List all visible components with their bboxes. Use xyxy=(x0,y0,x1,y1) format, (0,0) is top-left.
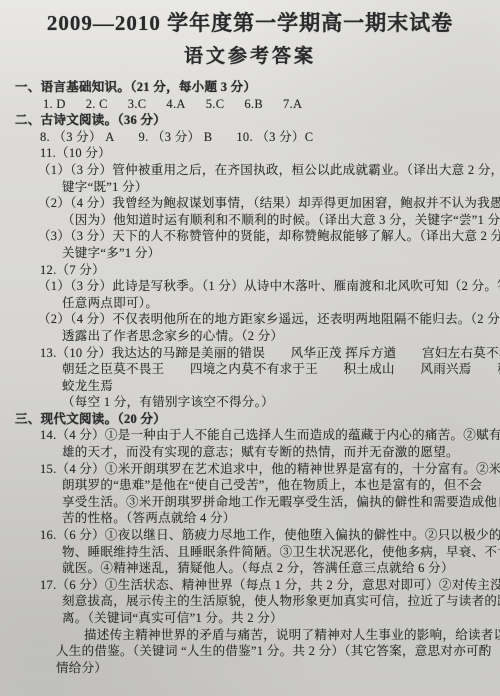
doc-line-q13-note: （每空 1 分，有错别字该空不得分。） xyxy=(62,394,500,411)
answer-q4: 4.A xyxy=(166,96,185,113)
answer-q9: 9. （3 分） B xyxy=(139,129,213,146)
doc-line-q11-2-cont: （因为）他知道时运有顺利和不顺利的时候。（译出大意 3 分，关键字“尝”1 分） xyxy=(62,212,500,229)
doc-line-q17-cont2: 离。（关键词“真实可信”1 分。共 2 分） xyxy=(62,610,500,627)
doc-line-q15: 15.（4 分）①米开朗琪罗在艺术追求中，他的精神世界是富有的，十分富有。②米开 xyxy=(40,461,500,478)
answer-q2: 2. C xyxy=(86,96,108,113)
doc-line-q12-2-cont: 透露出了作者思念家乡的心情。（2 分） xyxy=(62,328,500,345)
section3-heading: 三、现代文阅读。（20 分） xyxy=(15,411,500,428)
answer-key-title: 语文参考答案 xyxy=(0,42,500,72)
answer-q3: 3.C xyxy=(128,96,147,113)
doc-line-q11-1-cont: 键字“既”1 分） xyxy=(62,179,500,196)
answer-q8: 8. （3 分） A xyxy=(40,129,115,146)
answer-q6: 6.B xyxy=(244,96,263,113)
doc-line-q12-2: （2）（4 分）不仅表明他所在的地方距家乡遥远，还表明两地阻隔不能归去。（2 分… xyxy=(38,311,500,328)
doc-line-q17-cont1: 刻意拔高，展示传主的生活原貌，使人物形象更加真实可信，拉近了与读者的距 xyxy=(62,593,500,610)
doc-line-q12-1-cont: 任意两点即可）。 xyxy=(62,295,500,312)
doc-line-q11-2: （2）（4 分）我曾经为鲍叔谋划事情，（结果）却弄得更加困窘，鲍叔并不认为我愚笨… xyxy=(38,195,500,212)
doc-line-q17-para-cont2: 情给分） xyxy=(56,660,500,677)
doc-line-q12: 12.（7 分） xyxy=(40,262,500,279)
doc-line-q13-cont1: 朝廷之臣莫不畏王 四境之内莫不有求于王 积土成山 风雨兴焉 积水成渊 xyxy=(62,361,500,378)
doc-line-q11-1: （1）（3 分）管仲被重用之后，在齐国执政，桓公以此成就霸业。（译出大意 2 分… xyxy=(38,162,500,179)
answer-q5: 5.C xyxy=(206,96,225,113)
doc-line-q13: 13.（10 分）我达达的马蹄是美丽的错误 风华正茂 挥斥方遒 宫妇左右莫不私王 xyxy=(40,345,500,362)
doc-line-q17-para-cont1: 人生的借鉴。（关键词 “人生的借鉴”1 分。共 2 分）（其它答案，意思对亦可酌 xyxy=(56,643,500,660)
answer-q10: 10. （3 分）C xyxy=(236,129,313,146)
doc-line-q14-cont: 雄的天才，而没有实现的意志；赋有专断的热情，而并无奋激的愿望。 xyxy=(62,444,500,461)
section2-mc-answer-row: 8. （3 分） A 9. （3 分） B 10. （3 分）C xyxy=(40,129,500,146)
doc-line-q13-cont2: 蛟龙生焉 xyxy=(62,378,500,395)
section1-answer-row: 1. D 2. C 3.C 4.A 5.C 6.B 7.A xyxy=(43,96,500,113)
scanned-answer-sheet: 2009—2010 学年度第一学期高一期末试卷 语文参考答案 一、语言基础知识。… xyxy=(0,0,500,696)
section1-heading: 一、语言基础知识。（21 分，每小题 3 分） xyxy=(15,79,500,96)
doc-line-q16-cont1: 物、睡眠维持生活、且睡眠条件简陋。③卫生状况恶化，使他多病，早衰、不肯 xyxy=(62,544,500,561)
doc-line-q11-3-cont: 关键字“多”1 分） xyxy=(62,245,500,262)
exam-title: 2009—2010 学年度第一学期高一期末试卷 xyxy=(0,6,500,40)
doc-line-q15-cont3: 苦的性格。（答两点就给 4 分） xyxy=(62,510,500,527)
doc-line-q12-1: （1）（3 分）此诗是写秋季。（1 分）从诗中木落叶、雁南渡和北风吹可知（2 分… xyxy=(38,278,500,295)
answer-q1: 1. D xyxy=(43,96,66,113)
doc-line-q15-cont1: 朗琪罗的“患难”是他在“使自己受苦”，他在物质上，本也是富有的，但不会 xyxy=(62,477,500,494)
doc-line-q16-cont2: 就医。④精神迷乱，猜疑他人。（每点 2 分，答满任意三点就给 6 分） xyxy=(62,560,500,577)
doc-line-q16: 16.（6 分）①夜以继日、筋疲力尽地工作，使他堕入偏执的僻性中。②只以极少的食 xyxy=(40,527,500,544)
doc-line-q17: 17.（6 分）①生活状态、精神世界（每点 1 分，共 2 分，意思对即可）②对… xyxy=(40,577,500,594)
answer-q7: 7.A xyxy=(283,96,302,113)
doc-line-q14: 14.（4 分）①是一种由于人不能自己选择人生而造成的蕴藏于内心的痛苦。②赋有英 xyxy=(40,427,500,444)
doc-line-q17-para: 描述传主精神世界的矛盾与痛苦，说明了精神对人生事业的影响，给读者以 xyxy=(84,627,500,644)
doc-line-q11: 11.（10 分） xyxy=(40,145,500,162)
doc-line-q11-3: （3）（3 分）天下的人不称赞管仲的贤能，却称赞鲍叔能够了解人。（译出大意 2 … xyxy=(38,228,500,245)
doc-line-q15-cont2: 享受生活。③米开朗琪罗拼命地工作无暇享受生活，偏执的僻性和需要造成他自 xyxy=(62,494,500,511)
section2-heading: 二、古诗文阅读。（36 分） xyxy=(15,112,500,129)
